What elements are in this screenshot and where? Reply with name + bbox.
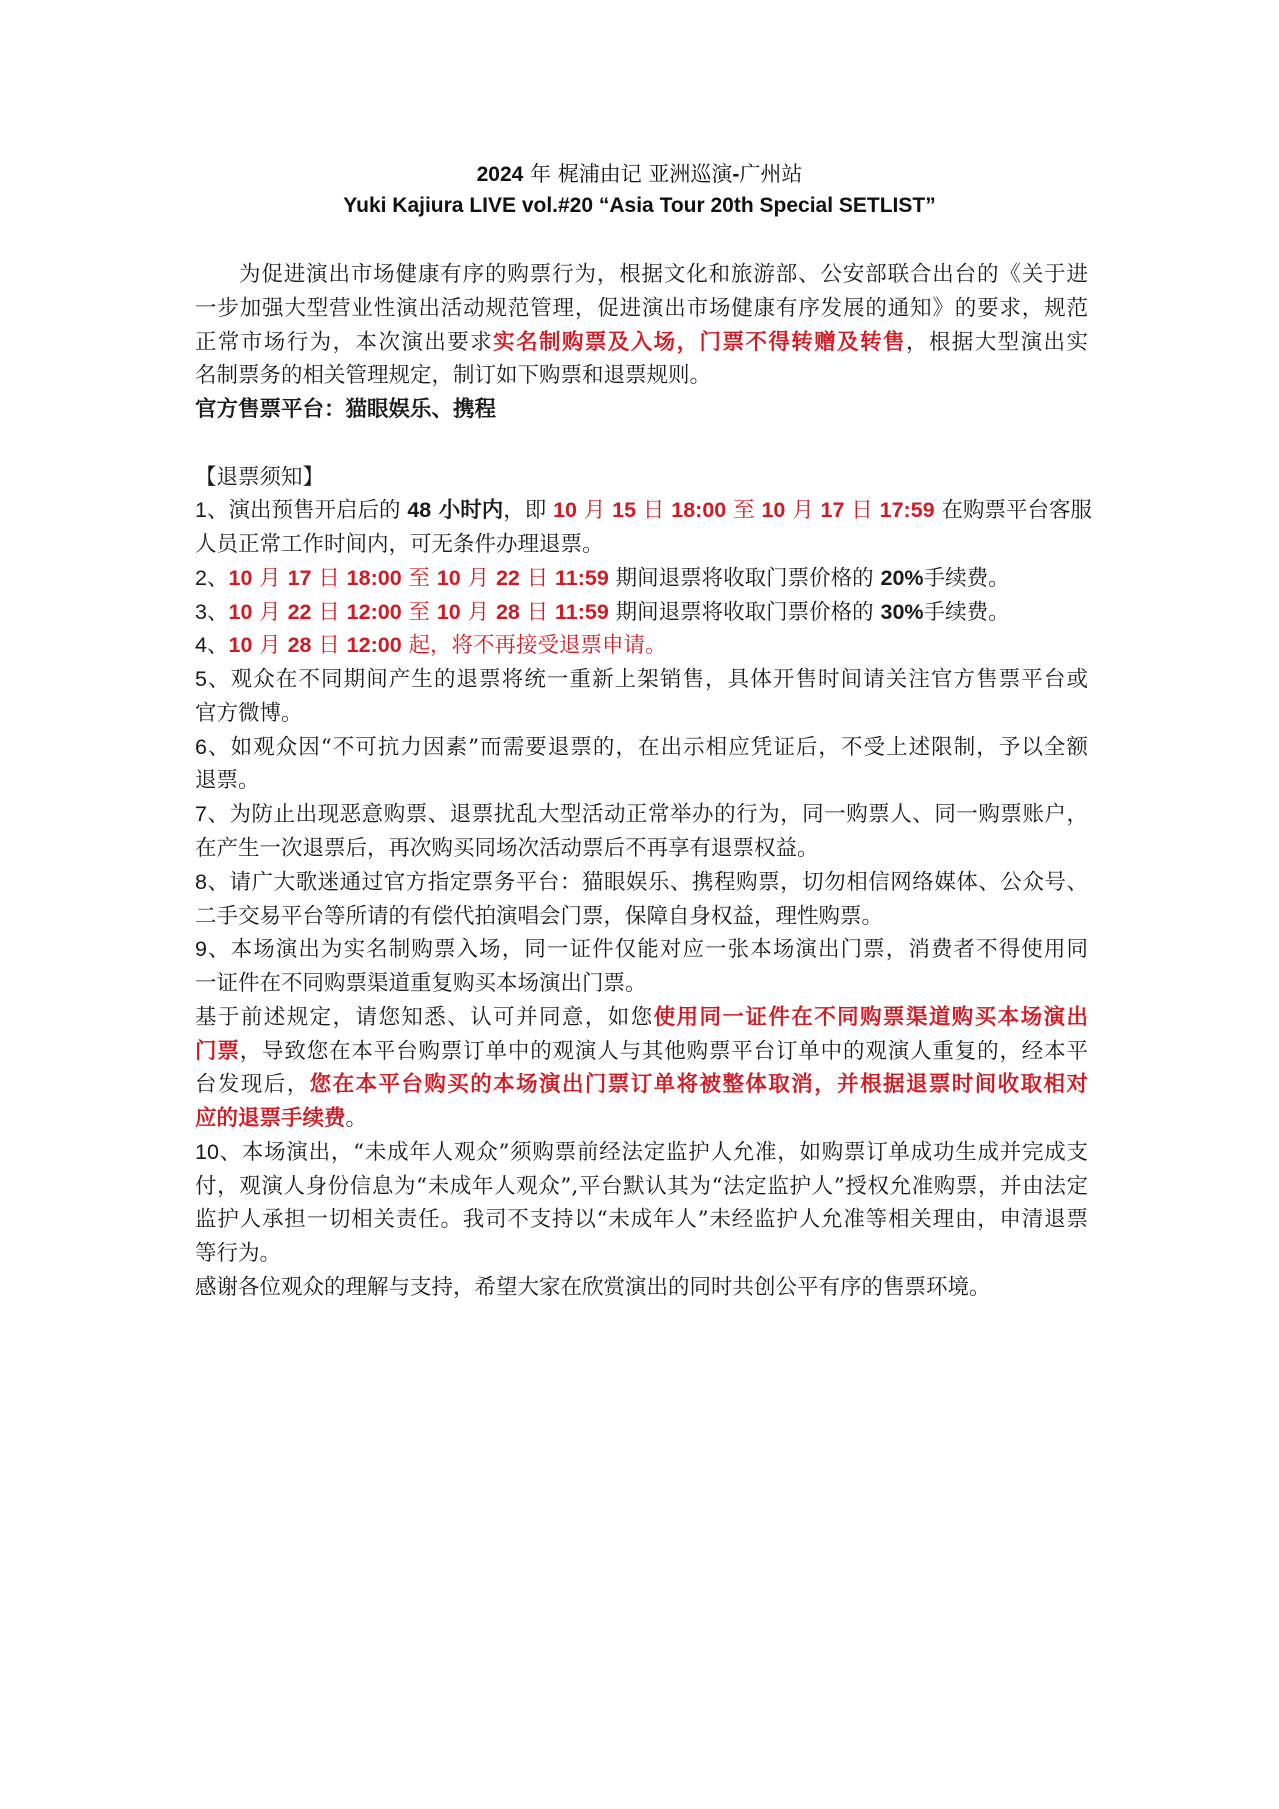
- document-line: 等行为。: [195, 1237, 1088, 1271]
- body-text: 官方售票平台：猫眼娱乐、携程: [195, 397, 496, 422]
- document-line: 二手交易平台等所请的有偿代拍演唱会门票，保障自身权益，理性购票。: [195, 900, 1088, 934]
- highlighted-text: 12:00: [347, 633, 402, 657]
- body-text: 手续费。: [924, 600, 1010, 625]
- document-line: 7、为防止出现恶意购票、退票扰乱大型活动正常举办的行为，同一购票人、同一购票账户…: [195, 798, 1088, 832]
- document-line: 8、请广大歌迷通过官方指定票务平台：猫眼娱乐、携程购票，切勿相信网络媒体、公众号…: [195, 866, 1088, 900]
- highlighted-text: 日: [312, 633, 347, 658]
- body-text: 期间退票将收取门票价格的: [609, 566, 881, 591]
- document-title: 2024 年 梶浦由记 亚洲巡演-广州站: [0, 159, 1279, 190]
- document-subtitle: Yuki Kajiura LIVE vol.#20 “Asia Tour 20t…: [0, 191, 1279, 221]
- body-text: 、: [207, 566, 229, 591]
- document-line: 一证件在不同购票渠道重复购买本场演出门票。: [195, 967, 1088, 1001]
- body-text: 二手交易平台等所请的有偿代拍演唱会门票，保障自身权益，理性购票。: [195, 904, 883, 929]
- body-text: 、: [207, 600, 229, 625]
- body-text: 2: [195, 566, 207, 590]
- highlighted-text: 12:00: [347, 600, 402, 624]
- highlighted-text: 22: [288, 600, 312, 624]
- body-text: 官方微博。: [195, 701, 303, 726]
- highlighted-text: 10: [553, 498, 577, 522]
- highlighted-text: 日: [312, 600, 347, 625]
- document-line: 1、演出预售开启后的 48 小时内，即 10 月 15 日 18:00 至 10…: [195, 494, 1088, 528]
- highlighted-text: 日: [520, 566, 555, 591]
- highlighted-text: 28: [288, 633, 312, 657]
- title-segment: 广州站: [739, 162, 802, 186]
- body-text: 、请广大歌迷通过官方指定票务平台：猫眼娱乐、携程购票，切勿相信网络媒体、公众号、: [207, 870, 1088, 895]
- body-text: 基于前述规定，请您知悉、认可并同意，如您: [195, 1005, 654, 1030]
- highlighted-text: 22: [496, 566, 520, 590]
- body-text: 退票。: [195, 768, 260, 793]
- highlighted-text: 日: [312, 566, 347, 591]
- highlighted-text: 月: [252, 600, 287, 625]
- document-line: 2、10 月 17 日 18:00 至 10 月 22 日 11:59 期间退票…: [195, 562, 1088, 596]
- document-line: 应的退票手续费。: [195, 1102, 1088, 1136]
- highlighted-text: 17: [288, 566, 312, 590]
- highlighted-text: 至: [402, 600, 437, 625]
- body-text: 1: [195, 498, 207, 522]
- highlighted-text: 18:00: [347, 566, 402, 590]
- document-page: 2024 年 梶浦由记 亚洲巡演-广州站 Yuki Kajiura LIVE v…: [0, 0, 1279, 1809]
- highlighted-text: 月: [785, 498, 820, 523]
- highlighted-text: 月: [461, 566, 496, 591]
- body-text: ，即: [503, 498, 553, 523]
- highlighted-text: 月: [252, 633, 287, 658]
- body-text: 付，观演人身份信息为“未成年人观众”,平台默认其为“法定监护人”授权允准购票，并…: [195, 1174, 1088, 1199]
- body-text: 、本场演出为实名制购票入场，同一证件仅能对应一张本场演出门票，消费者不得使用同: [207, 937, 1088, 962]
- body-text: 正常市场行为，本次演出要求: [195, 330, 493, 355]
- body-text: 手续费。: [924, 566, 1010, 591]
- highlighted-text: 10: [228, 600, 252, 624]
- highlighted-text: 月: [461, 600, 496, 625]
- body-text: 在购票平台客服: [935, 498, 1092, 523]
- document-line: 6、如观众因“不可抗力因素”而需要退票的，在出示相应凭证后，不受上述限制，予以全…: [195, 731, 1088, 765]
- document-line: 4、10 月 28 日 12:00 起，将不再接受退票申请。: [195, 629, 1088, 663]
- document-line: 一步加强大型营业性演出活动规范管理，促进演出市场健康有序发展的通知》的要求，规范: [195, 292, 1088, 326]
- document-line: 感谢各位观众的理解与支持，希望大家在欣赏演出的同时共创公平有序的售票环境。: [195, 1271, 1088, 1305]
- highlighted-text: 月: [252, 566, 287, 591]
- body-text: 一证件在不同购票渠道重复购买本场演出门票。: [195, 971, 647, 996]
- body-text: 台发现后，: [195, 1072, 310, 1097]
- body-text: 5: [195, 667, 207, 691]
- highlighted-text: 月: [577, 498, 612, 523]
- highlighted-text: 11:59: [555, 566, 609, 590]
- highlighted-text: 18:00: [671, 498, 726, 522]
- document-line: 名制票务的相关管理规定，制订如下购票和退票规则。: [195, 359, 1088, 393]
- document-line: 9、本场演出为实名制购票入场，同一证件仅能对应一张本场演出门票，消费者不得使用同: [195, 933, 1088, 967]
- highlighted-text: 日: [520, 600, 555, 625]
- body-text: ，根据大型演出实: [906, 330, 1088, 355]
- highlighted-text: 应的退票手续费: [195, 1106, 346, 1131]
- document-line: 10、本场演出，“未成年人观众”须购票前经法定监护人允准，如购票订单成功生成并完…: [195, 1136, 1088, 1170]
- document-body: 为促进演出市场健康有序的购票行为，根据文化和旅游部、公安部联合出台的《关于进一步…: [195, 258, 1088, 1305]
- document-line: 在产生一次退票后，再次购买同场次活动票后不再享有退票权益。: [195, 832, 1088, 866]
- body-text: 为促进演出市场健康有序的购票行为，根据文化和旅游部、公安部联合出台的《关于进: [239, 262, 1088, 287]
- body-text: 、演出预售开启后的: [207, 498, 407, 523]
- document-line: 官方售票平台：猫眼娱乐、携程: [195, 393, 1088, 427]
- title-segment: 2024: [477, 163, 524, 186]
- document-line: 付，观演人身份信息为“未成年人观众”,平台默认其为“法定监护人”授权允准购票，并…: [195, 1170, 1088, 1204]
- body-text: 在产生一次退票后，再次购买同场次活动票后不再享有退票权益。: [195, 836, 819, 861]
- title-segment: 年 梶浦由记 亚洲巡演: [523, 162, 732, 186]
- body-text: ，导致您在本平台购票订单中的观演人与其他购票平台订单中的观演人重复的，经本平: [240, 1039, 1088, 1064]
- body-text: 名制票务的相关管理规定，制订如下购票和退票规则。: [195, 363, 711, 388]
- body-text: 感谢各位观众的理解与支持，希望大家在欣赏演出的同时共创公平有序的售票环境。: [195, 1275, 991, 1300]
- body-text: 20%: [881, 566, 924, 590]
- document-line: 退票。: [195, 764, 1088, 798]
- body-text: 、为防止出现恶意购票、退票扰乱大型活动正常举办的行为，同一购票人、同一购票账户，: [207, 802, 1088, 827]
- highlighted-text: 实名制购票及入场，门票不得转赠及转售: [493, 330, 906, 355]
- body-text: 监护人承担一切相关责任。我司不支持以“未成年人”未经监护人允准等相关理由，申清退…: [195, 1207, 1088, 1232]
- highlighted-text: 28: [496, 600, 520, 624]
- document-line: 【退票须知】: [195, 461, 1088, 495]
- body-text: 人员正常工作时间内，可无条件办理退票。: [195, 532, 604, 557]
- body-text: 30%: [881, 600, 924, 624]
- highlighted-text: 门票: [195, 1039, 240, 1064]
- body-text: 4: [195, 633, 207, 657]
- body-text: 一步加强大型营业性演出活动规范管理，促进演出市场健康有序发展的通知》的要求，规范: [195, 296, 1088, 321]
- body-text: 、如观众因“不可抗力因素”而需要退票的，在出示相应凭证后，不受上述限制，予以全额: [207, 735, 1088, 760]
- body-text: 、: [207, 633, 229, 658]
- highlighted-text: 10: [761, 498, 785, 522]
- body-text: 9: [195, 937, 207, 961]
- highlighted-text: 17: [821, 498, 845, 522]
- body-text: 48: [407, 498, 431, 522]
- document-line: 门票，导致您在本平台购票订单中的观演人与其他购票平台订单中的观演人重复的，经本平: [195, 1035, 1088, 1069]
- document-line: 为促进演出市场健康有序的购票行为，根据文化和旅游部、公安部联合出台的《关于进: [195, 258, 1088, 292]
- highlighted-text: 11:59: [555, 600, 609, 624]
- body-text: 8: [195, 870, 207, 894]
- highlighted-text: 日: [636, 498, 671, 523]
- highlighted-text: 10: [437, 600, 461, 624]
- highlighted-text: 至: [402, 566, 437, 591]
- body-text: 小时内: [431, 498, 503, 523]
- highlighted-text: 17:59: [880, 498, 935, 522]
- body-text: 、本场演出，“未成年人观众”须购票前经法定监护人允准，如购票订单成功生成并完成支: [219, 1140, 1088, 1165]
- document-line: 3、10 月 22 日 12:00 至 10 月 28 日 11:59 期间退票…: [195, 596, 1088, 630]
- highlighted-text: 至: [726, 498, 761, 523]
- document-line: 官方微博。: [195, 697, 1088, 731]
- highlighted-text: 日: [844, 498, 879, 523]
- highlighted-text: 15: [612, 498, 636, 522]
- highlighted-text: 使用同一证件在不同购票渠道购买本场演出: [654, 1005, 1088, 1030]
- document-line: 正常市场行为，本次演出要求实名制购票及入场，门票不得转赠及转售，根据大型演出实: [195, 326, 1088, 360]
- body-text: 等行为。: [195, 1241, 281, 1266]
- body-text: 3: [195, 600, 207, 624]
- document-line: 5、观众在不同期间产生的退票将统一重新上架销售，具体开售时间请关注官方售票平台或: [195, 663, 1088, 697]
- highlighted-text: 10: [228, 633, 252, 657]
- document-line: 监护人承担一切相关责任。我司不支持以“未成年人”未经监护人允准等相关理由，申清退…: [195, 1203, 1088, 1237]
- highlighted-text: 10: [228, 566, 252, 590]
- document-line: 台发现后，您在本平台购买的本场演出门票订单将被整体取消，并根据退票时间收取相对: [195, 1068, 1088, 1102]
- body-text: 。: [346, 1106, 368, 1131]
- body-text: 【退票须知】: [195, 465, 324, 490]
- highlighted-text: 10: [437, 566, 461, 590]
- body-text: 6: [195, 735, 207, 759]
- body-text: 7: [195, 802, 207, 826]
- highlighted-text: 您在本平台购买的本场演出门票订单将被整体取消，并根据退票时间收取相对: [310, 1072, 1088, 1097]
- body-text: 、观众在不同期间产生的退票将统一重新上架销售，具体开售时间请关注官方售票平台或: [207, 667, 1088, 692]
- highlighted-text: 起，将不再接受退票申请。: [402, 633, 667, 658]
- body-text: 期间退票将收取门票价格的: [609, 600, 881, 625]
- document-line: [195, 427, 1088, 461]
- document-line: 基于前述规定，请您知悉、认可并同意，如您使用同一证件在不同购票渠道购买本场演出: [195, 1001, 1088, 1035]
- body-text: 10: [195, 1140, 219, 1164]
- document-line: 人员正常工作时间内，可无条件办理退票。: [195, 528, 1088, 562]
